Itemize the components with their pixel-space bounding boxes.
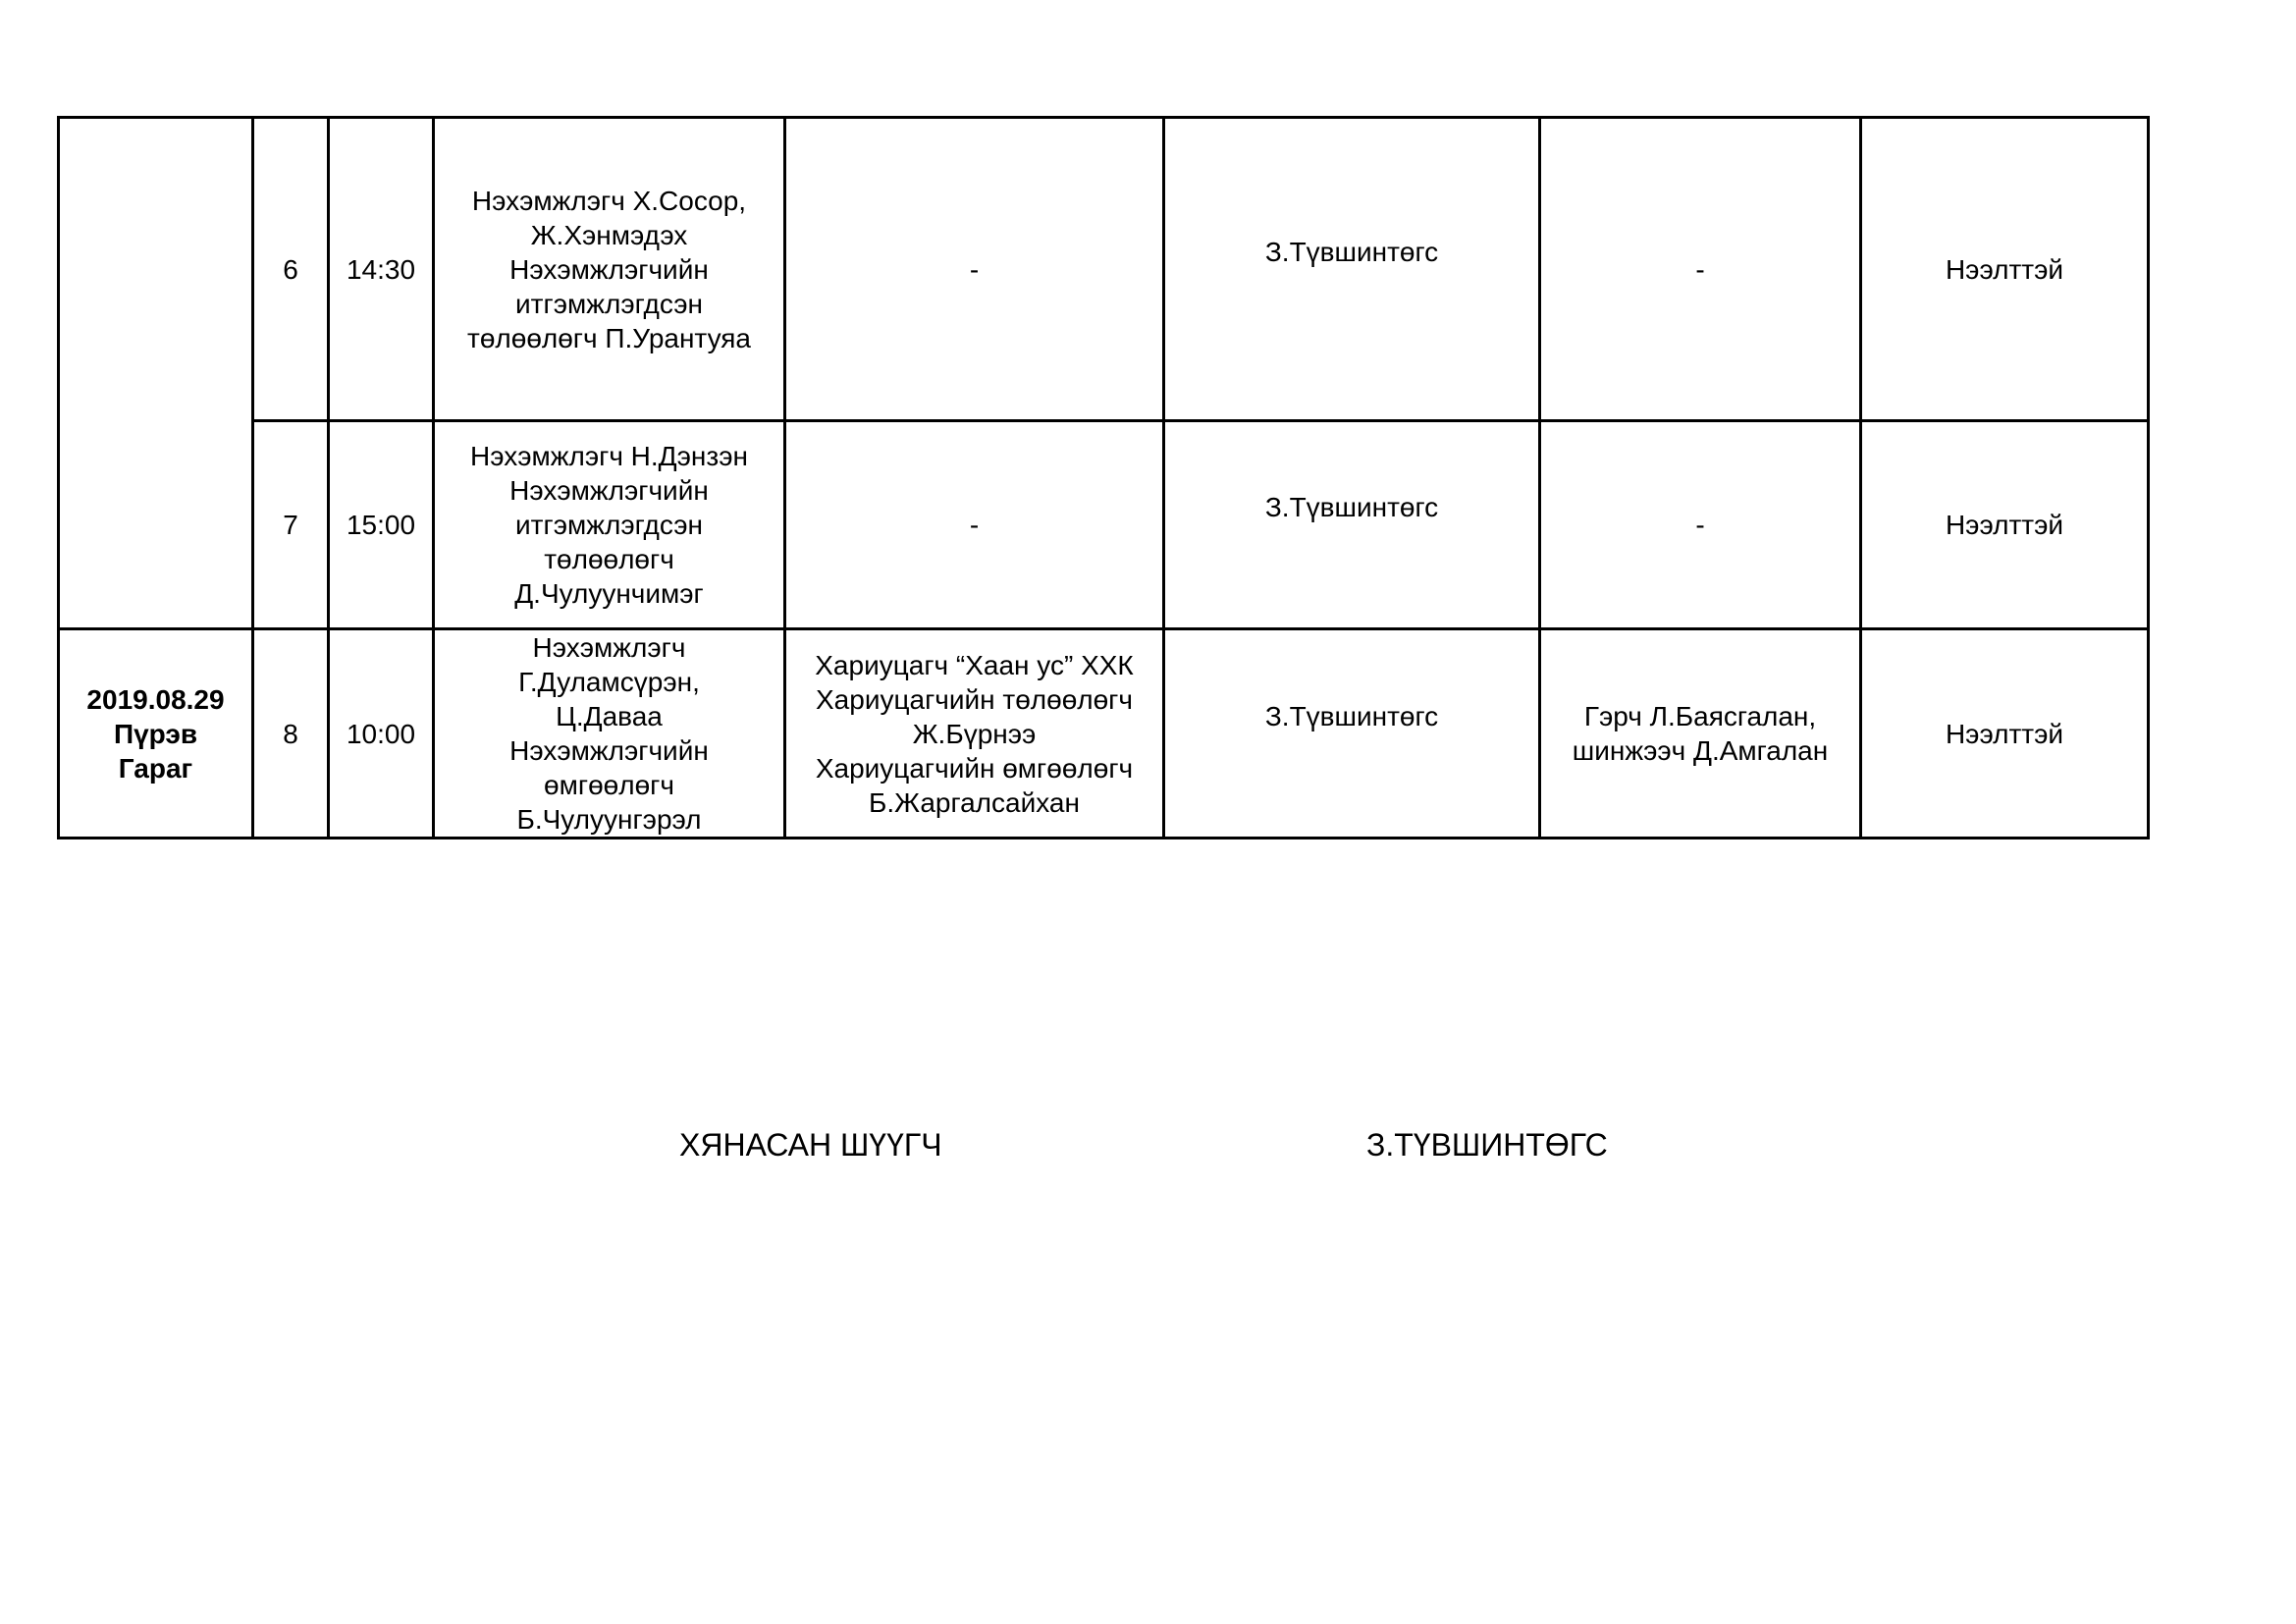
hearing-status-cell: Нээлттэй bbox=[1859, 419, 2150, 630]
plaintiff-cell-text: Нэхэмжлэгч Н.Дэнзэн Нэхэмжлэгчийн итгэмж… bbox=[470, 439, 748, 611]
case-number-cell: 7 bbox=[251, 419, 330, 630]
hearing-status-cell-text: Нээлттэй bbox=[1946, 252, 2063, 287]
signature-label: ХЯНАСАН ШҮҮГЧ bbox=[679, 1127, 942, 1163]
hearing-time-cell-text: 15:00 bbox=[347, 508, 415, 542]
defendant-cell-text: Хариуцагч “Хаан ус” ХХК Хариуцагчийн төл… bbox=[815, 648, 1134, 820]
defendant-cell-text: - bbox=[970, 508, 979, 542]
date-cell bbox=[57, 116, 254, 630]
date-cell: 2019.08.29 Пүрэв Гараг bbox=[57, 627, 254, 839]
judge-cell-text: З.Түвшинтөгс bbox=[1265, 699, 1438, 769]
participants-cell: - bbox=[1538, 419, 1862, 630]
case-number-cell: 6 bbox=[251, 116, 330, 422]
judge-cell-text: З.Түвшинтөгс bbox=[1265, 235, 1438, 304]
judge-cell: З.Түвшинтөгс bbox=[1162, 627, 1541, 839]
participants-cell: Гэрч Л.Баясгалан, шинжээч Д.Амгалан bbox=[1538, 627, 1862, 839]
hearing-status-cell: Нээлттэй bbox=[1859, 627, 2150, 839]
case-number-cell-text: 7 bbox=[283, 508, 298, 542]
participants-cell-text: - bbox=[1695, 508, 1704, 542]
judge-cell-text: З.Түвшинтөгс bbox=[1265, 490, 1438, 560]
hearing-time-cell: 15:00 bbox=[327, 419, 435, 630]
judge-cell: З.Түвшинтөгс bbox=[1162, 116, 1541, 422]
participants-cell: - bbox=[1538, 116, 1862, 422]
case-number-cell-text: 6 bbox=[283, 252, 298, 287]
plaintiff-cell-text: Нэхэмжлэгч Г.Дуламсүрэн, Ц.Даваа Нэхэмжл… bbox=[509, 630, 709, 837]
hearing-status-cell-text: Нээлттэй bbox=[1946, 508, 2063, 542]
date-cell-text: 2019.08.29 Пүрэв Гараг bbox=[86, 682, 224, 785]
plaintiff-cell-text: Нэхэмжлэгч Х.Сосор, Ж.Хэнмэдэх Нэхэмжлэг… bbox=[467, 184, 751, 355]
hearing-time-cell-text: 14:30 bbox=[347, 252, 415, 287]
case-number-cell-text: 8 bbox=[283, 717, 298, 751]
defendant-cell: - bbox=[783, 116, 1165, 422]
defendant-cell-text: - bbox=[970, 252, 979, 287]
plaintiff-cell: Нэхэмжлэгч Х.Сосор, Ж.Хэнмэдэх Нэхэмжлэг… bbox=[432, 116, 786, 422]
hearing-status-cell-text: Нээлттэй bbox=[1946, 717, 2063, 751]
hearing-time-cell-text: 10:00 bbox=[347, 717, 415, 751]
participants-cell-text: - bbox=[1695, 252, 1704, 287]
case-number-cell: 8 bbox=[251, 627, 330, 839]
participants-cell-text: Гэрч Л.Баясгалан, шинжээч Д.Амгалан bbox=[1573, 699, 1828, 768]
defendant-cell: - bbox=[783, 419, 1165, 630]
plaintiff-cell: Нэхэмжлэгч Н.Дэнзэн Нэхэмжлэгчийн итгэмж… bbox=[432, 419, 786, 630]
hearing-time-cell: 10:00 bbox=[327, 627, 435, 839]
defendant-cell: Хариуцагч “Хаан ус” ХХК Хариуцагчийн төл… bbox=[783, 627, 1165, 839]
signature-judge-name: З.ТҮВШИНТӨГС bbox=[1366, 1127, 1608, 1163]
hearing-status-cell: Нээлттэй bbox=[1859, 116, 2150, 422]
judge-cell: З.Түвшинтөгс bbox=[1162, 419, 1541, 630]
plaintiff-cell: Нэхэмжлэгч Г.Дуламсүрэн, Ц.Даваа Нэхэмжл… bbox=[432, 627, 786, 839]
hearing-time-cell: 14:30 bbox=[327, 116, 435, 422]
